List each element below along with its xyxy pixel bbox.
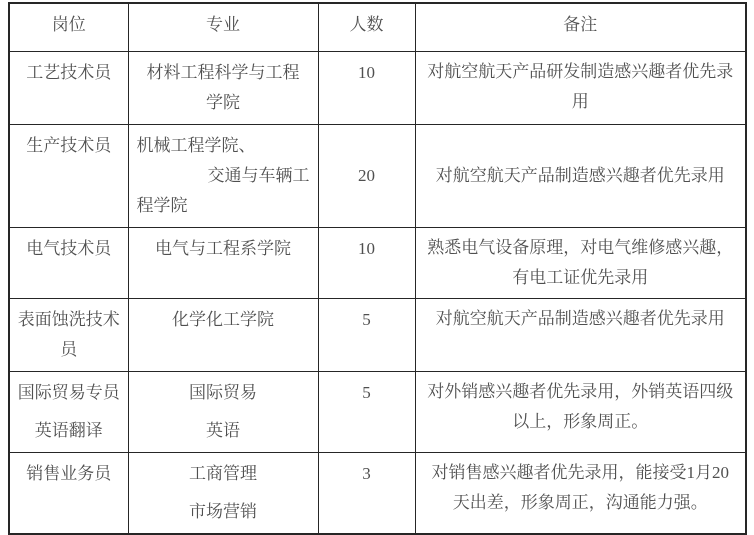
header-cell-position: 岗位 (9, 3, 128, 51)
table-row: 表面蚀洗技术 员 化学化工学院 5 对航空航天产品制造感兴趣者优先录用 (9, 298, 746, 371)
position-cell: 工艺技术员 (9, 51, 128, 124)
table-row: 国际贸易专员 英语翻译 国际贸易 英语 5 对外销感兴趣者优先录用，外销英语四级… (9, 371, 746, 452)
major-text: 交通与车辆工 (137, 161, 310, 191)
table-row: 工艺技术员 材料工程科学与工程 学院 10 对航空航天产品研发制造感兴趣者优先录… (9, 51, 746, 124)
major-text: 机械工程学院、 (137, 131, 310, 161)
recruitment-table: 岗位 专业 人数 备注 工艺技术员 材料工程科学与工程 学院 10 对航空航天产… (8, 2, 747, 502)
major-text: 化学化工学院 (135, 305, 312, 335)
count-cell: 5 (318, 298, 415, 371)
remark-cell: 对销售感兴趣者优先录用，能接受1月20天出差，形象周正，沟通能力强。 (415, 452, 746, 502)
major-cell: 工商管理 市场营销 (128, 452, 318, 502)
position-text: 电气技术员 (16, 234, 122, 264)
major-text: 工商管理 (135, 459, 312, 489)
major-text: 程学院 (137, 191, 310, 221)
position-text: 员 (16, 335, 122, 365)
header-cell-count: 人数 (318, 3, 415, 51)
remark-cell: 对外销感兴趣者优先录用，外销英语四级以上，形象周正。 (415, 371, 746, 452)
position-cell: 销售业务员 (9, 452, 128, 502)
position-text: 表面蚀洗技术 (16, 305, 122, 335)
major-text: 市场营销 (135, 497, 312, 503)
header-cell-remark: 备注 (415, 3, 746, 51)
count-cell: 20 (318, 124, 415, 227)
position-cell: 生产技术员 (9, 124, 128, 227)
major-text: 英语 (135, 416, 312, 446)
major-text: 国际贸易 (135, 378, 312, 408)
remark-cell: 熟悉电气设备原理，对电气维修感兴趣，有电工证优先录用 (415, 227, 746, 298)
major-text: 学院 (135, 88, 312, 118)
major-cell: 化学化工学院 (128, 298, 318, 371)
major-cell: 电气与工程系学院 (128, 227, 318, 298)
count-cell: 10 (318, 51, 415, 124)
count-cell: 5 (318, 371, 415, 452)
major-cell: 材料工程科学与工程 学院 (128, 51, 318, 124)
major-text: 电气与工程系学院 (135, 234, 312, 264)
position-text: 英语翻译 (16, 416, 122, 446)
remark-cell: 对航空航天产品研发制造感兴趣者优先录用 (415, 51, 746, 124)
remark-cell: 对航空航天产品制造感兴趣者优先录用 (415, 124, 746, 227)
position-cell: 电气技术员 (9, 227, 128, 298)
major-text: 材料工程科学与工程 (135, 58, 312, 88)
header-cell-major: 专业 (128, 3, 318, 51)
major-cell: 国际贸易 英语 (128, 371, 318, 452)
count-cell: 3 (318, 452, 415, 502)
position-cell: 表面蚀洗技术 员 (9, 298, 128, 371)
position-text: 销售业务员 (16, 459, 122, 489)
position-text: 国际贸易专员 (16, 378, 122, 408)
position-text: 工艺技术员 (16, 58, 122, 88)
remark-cell: 对航空航天产品制造感兴趣者优先录用 (415, 298, 746, 371)
header-row: 岗位 专业 人数 备注 (9, 3, 746, 51)
recruitment-table-sheet: 岗位 专业 人数 备注 工艺技术员 材料工程科学与工程 学院 10 对航空航天产… (8, 2, 747, 502)
position-cell: 国际贸易专员 英语翻译 (9, 371, 128, 452)
table-row: 销售业务员 工商管理 市场营销 3 对销售感兴趣者优先录用，能接受1月20天出差… (9, 452, 746, 502)
table-row: 生产技术员 机械工程学院、 交通与车辆工 程学院 20 对航空航天产品制造感兴趣… (9, 124, 746, 227)
position-text: 生产技术员 (16, 131, 122, 161)
major-cell: 机械工程学院、 交通与车辆工 程学院 (128, 124, 318, 227)
table-row: 电气技术员 电气与工程系学院 10 熟悉电气设备原理，对电气维修感兴趣，有电工证… (9, 227, 746, 298)
count-cell: 10 (318, 227, 415, 298)
